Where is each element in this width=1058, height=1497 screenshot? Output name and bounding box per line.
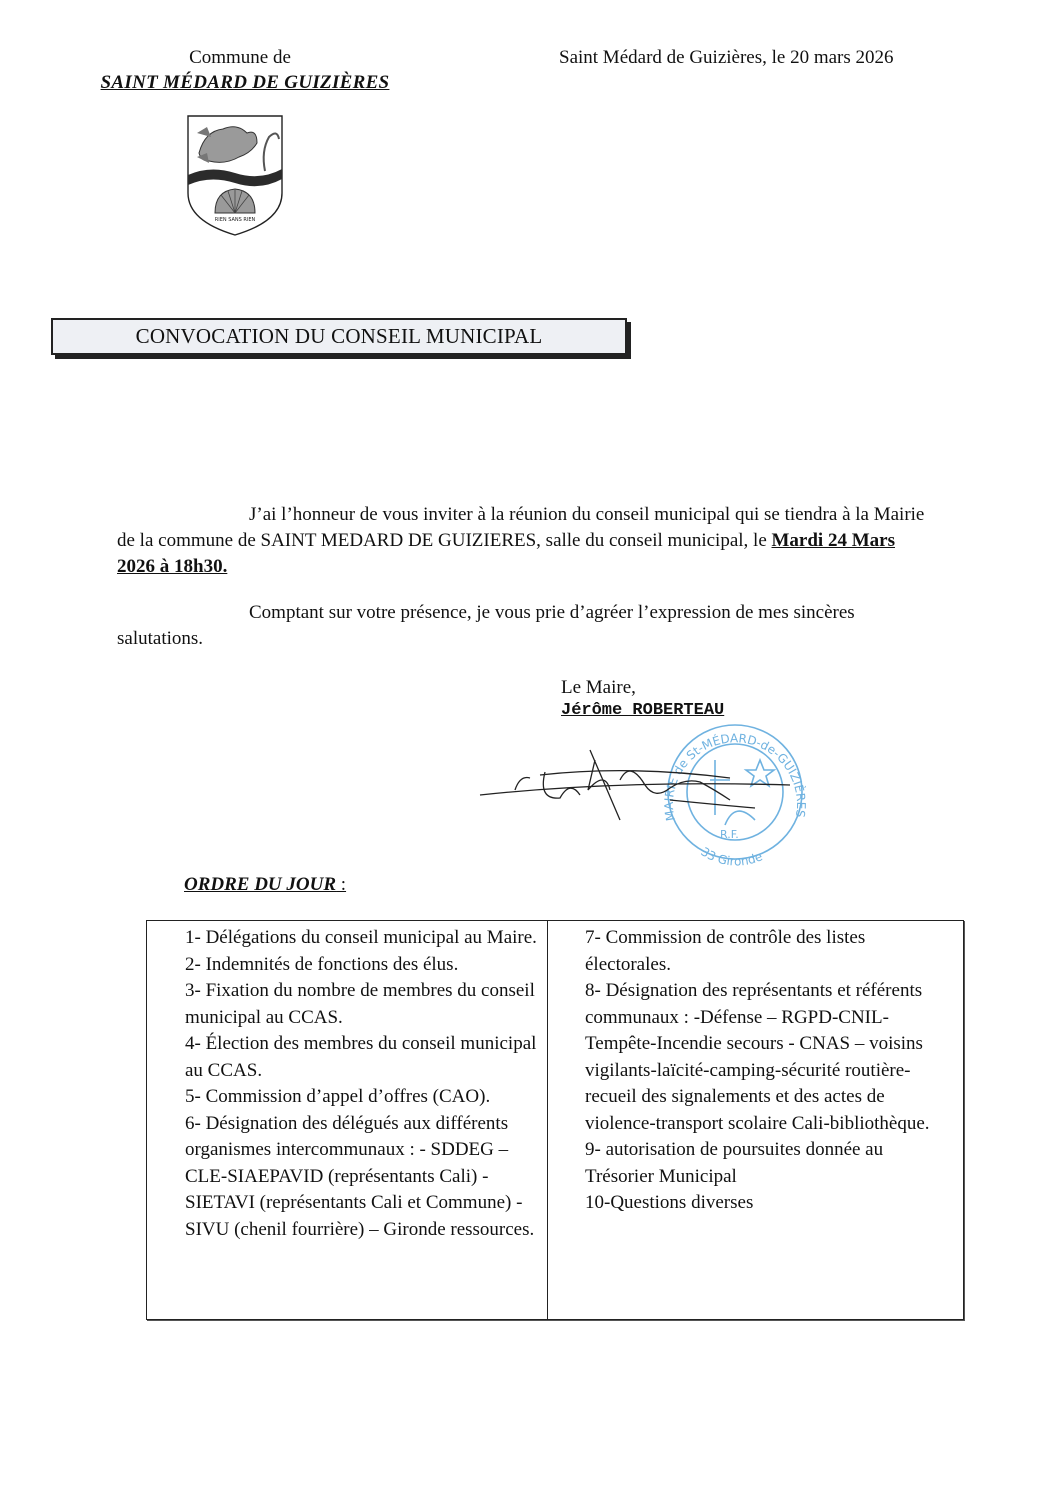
agenda-item: 8- Désignation des représentants et réfé… (585, 978, 955, 1137)
coat-of-arms-icon: RIEN SANS RIEN (185, 113, 285, 238)
agenda-column-right: 7- Commission de contrôle des listes éle… (548, 921, 963, 1319)
signatory-title: Le Maire, (561, 676, 636, 700)
document-title-box: CONVOCATION DU CONSEIL MUNICIPAL (51, 318, 627, 355)
agenda-item: 6- Désignation des délégués aux différen… (185, 1111, 539, 1244)
closing-paragraph: Comptant sur votre présence, je vous pri… (117, 600, 937, 652)
svg-text:R.F.: R.F. (720, 828, 739, 841)
agenda-item: 9- autorisation de poursuites donnée au … (585, 1137, 955, 1190)
agenda-heading: ORDRE DU JOUR : (184, 873, 346, 897)
agenda-item: 2- Indemnités de fonctions des élus. (185, 952, 539, 979)
agenda-column-left: 1- Délégations du conseil municipal au M… (147, 921, 548, 1319)
agenda-table: 1- Délégations du conseil municipal au M… (146, 920, 964, 1320)
signature-icon (480, 750, 790, 820)
commune-label: Commune de (80, 47, 400, 69)
svg-text:33 Gironde: 33 Gironde (698, 844, 764, 868)
agenda-item: 4- Élection des membres du conseil munic… (185, 1031, 539, 1084)
agenda-item: 1- Délégations du conseil municipal au M… (185, 925, 539, 952)
closing-text: Comptant sur votre présence, je vous pri… (117, 602, 855, 649)
agenda-item: 10-Questions diverses (585, 1190, 955, 1217)
agenda-heading-text: ORDRE DU JOUR (184, 874, 336, 895)
agenda-item: 3- Fixation du nombre de membres du cons… (185, 978, 539, 1031)
svg-text:RIEN SANS RIEN: RIEN SANS RIEN (215, 217, 256, 223)
agenda-heading-colon: : (336, 874, 346, 895)
document-title: CONVOCATION DU CONSEIL MUNICIPAL (53, 320, 625, 353)
signature-and-stamp: R.F. MAIRIE de St-MÉDARD-de-GUIZIÈRES 33… (470, 720, 820, 870)
invitation-paragraph: J’ai l’honneur de vous inviter à la réun… (117, 502, 937, 580)
place-date: Saint Médard de Guizières, le 20 mars 20… (559, 47, 894, 69)
svg-text:MAIRIE de St-MÉDARD-de-GUIZIÈR: MAIRIE de St-MÉDARD-de-GUIZIÈRES (662, 731, 808, 822)
commune-name: SAINT MÉDARD DE GUIZIÈRES (80, 71, 410, 95)
agenda-item: 7- Commission de contrôle des listes éle… (585, 925, 955, 978)
agenda-item: 5- Commission d’appel d’offres (CAO). (185, 1084, 539, 1111)
signatory-name: Jérôme ROBERTEAU (561, 700, 724, 722)
official-stamp-icon: R.F. MAIRIE de St-MÉDARD-de-GUIZIÈRES 33… (662, 725, 808, 869)
